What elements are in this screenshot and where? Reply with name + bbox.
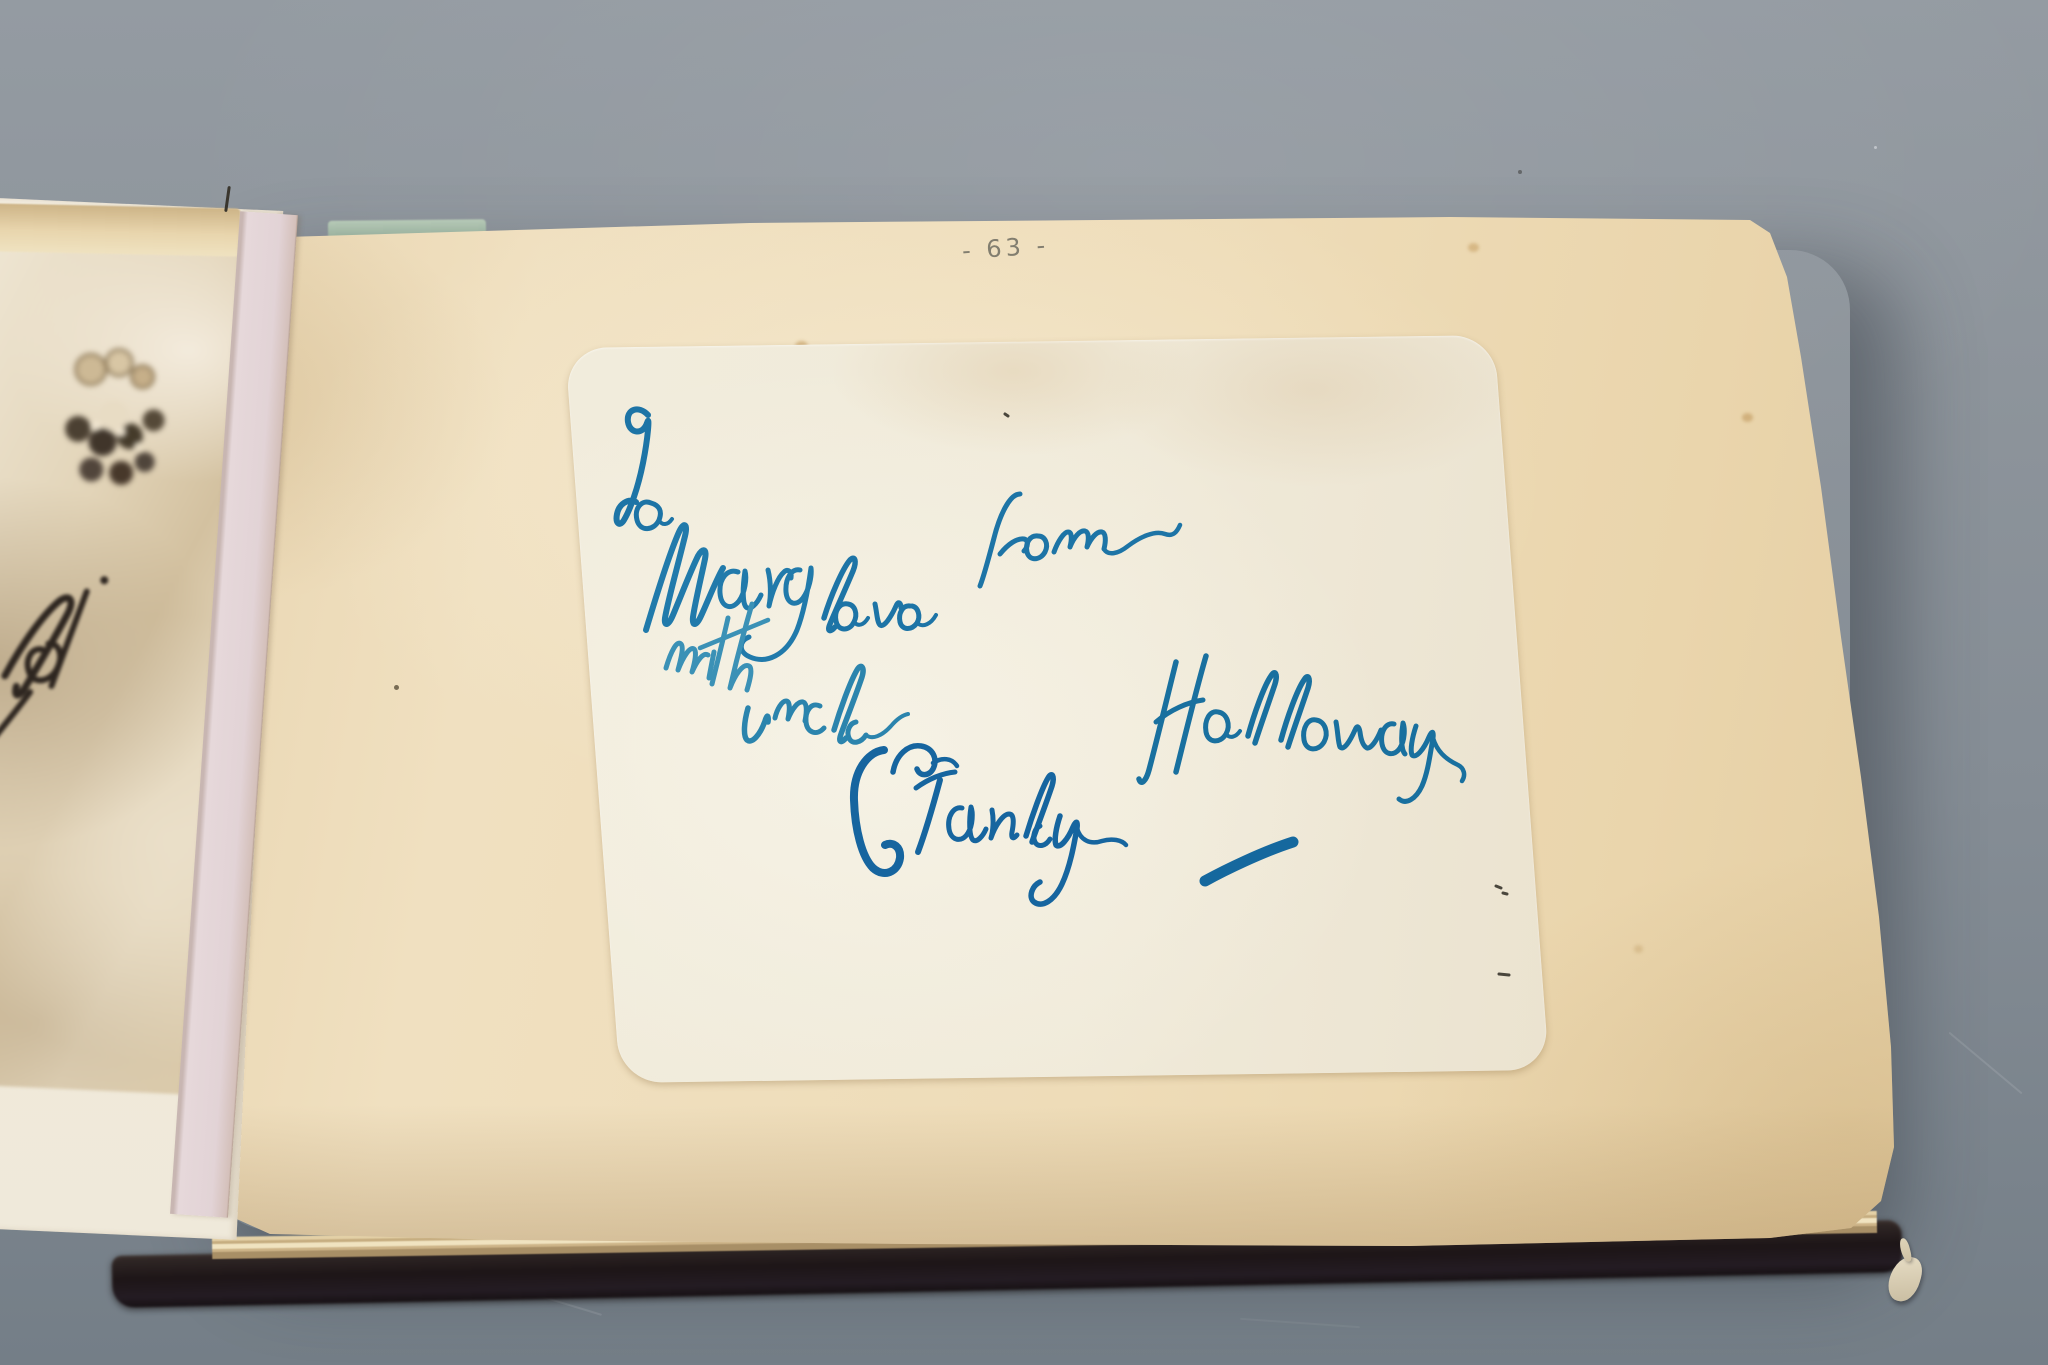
foxing-spot [1468, 243, 1479, 252]
scene-autograph-album-photo: - 63 - To Mary with love from uncle Stan… [0, 0, 2048, 1365]
foxing-spot [1742, 413, 1753, 422]
foxing-spot [394, 685, 399, 690]
jeweled-ring [63, 347, 168, 486]
dust-speck [1518, 170, 1522, 174]
page-top-tanned-edge [0, 203, 240, 256]
dust-speck [1874, 146, 1877, 149]
table-scratch [1948, 1032, 2022, 1095]
foxing-spot [1634, 945, 1643, 953]
table-scratch [1240, 1318, 1360, 1328]
